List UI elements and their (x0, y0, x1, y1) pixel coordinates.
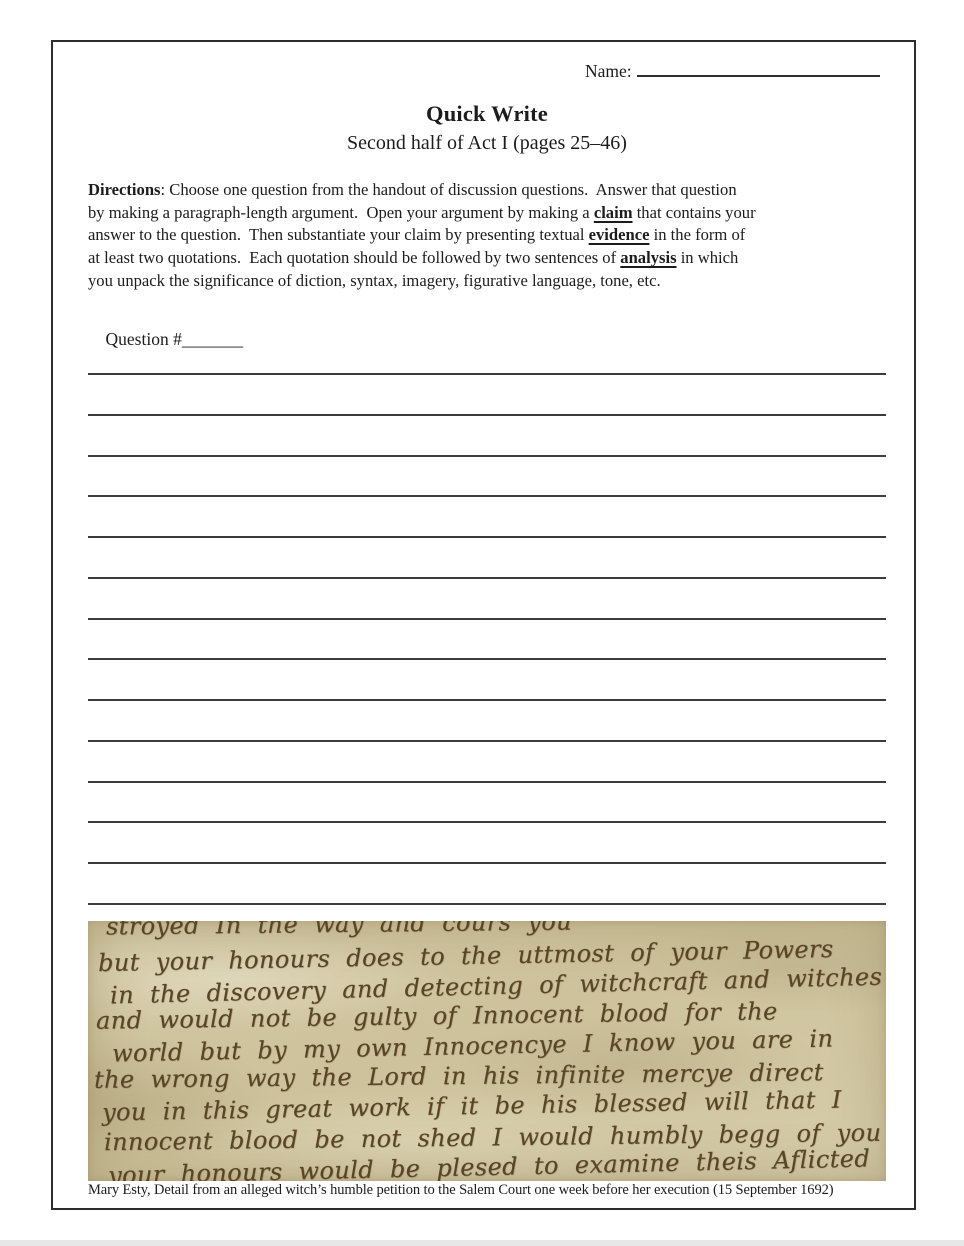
directions-line: you unpack the significance of diction, … (88, 270, 900, 293)
question-row: Question #_______ (88, 308, 243, 371)
directions-line: Directions: Choose one question from the… (88, 179, 900, 202)
question-blank: _______ (182, 329, 243, 349)
name-row: Name: (585, 59, 880, 82)
directions-keyword: analysis (620, 248, 676, 267)
directions-text: that contains your (633, 203, 756, 222)
directions-text: you unpack the significance of diction, … (88, 271, 661, 290)
handwriting-line: stroyed In the way and cours you (106, 921, 572, 940)
worksheet-page: Name: Quick Write Second half of Act I (… (0, 0, 964, 1246)
writing-line (88, 414, 886, 416)
writing-lines (88, 373, 886, 907)
directions-paragraph: Directions: Choose one question from the… (88, 179, 900, 293)
writing-line (88, 495, 886, 497)
directions-text: answer to the question. Then substantiat… (88, 225, 589, 244)
directions-text: : Choose one question from the handout o… (161, 180, 737, 199)
writing-line (88, 740, 886, 742)
writing-line (88, 618, 886, 620)
name-label: Name: (585, 61, 632, 81)
page-subtitle: Second half of Act I (pages 25–46) (88, 132, 886, 155)
title-block: Quick Write Second half of Act I (pages … (88, 101, 886, 155)
writing-line (88, 577, 886, 579)
writing-line (88, 781, 886, 783)
directions-text: at least two quotations. Each quotation … (88, 248, 620, 267)
question-label: Question # (106, 329, 182, 349)
name-blank (637, 59, 880, 77)
writing-line (88, 903, 886, 905)
directions-line: by making a paragraph-length argument. O… (88, 202, 900, 225)
writing-line (88, 821, 886, 823)
directions-line: at least two quotations. Each quotation … (88, 247, 900, 270)
directions-text: in the form of (649, 225, 745, 244)
directions-keyword: evidence (589, 225, 650, 244)
writing-line (88, 455, 886, 457)
directions-keyword: Directions (88, 180, 161, 199)
directions-line: answer to the question. Then substantiat… (88, 224, 900, 247)
writing-line (88, 658, 886, 660)
writing-line (88, 536, 886, 538)
directions-text: in which (677, 248, 739, 267)
writing-line (88, 373, 886, 375)
viewport-bottom-edge (0, 1240, 964, 1246)
writing-line (88, 699, 886, 701)
directions-text: by making a paragraph-length argument. O… (88, 203, 594, 222)
image-caption: Mary Esty, Detail from an alleged witch’… (88, 1182, 894, 1199)
writing-line (88, 862, 886, 864)
manuscript-image: stroyed In the way and cours youbut your… (88, 921, 886, 1181)
page-title: Quick Write (88, 101, 886, 127)
directions-keyword: claim (594, 203, 633, 222)
